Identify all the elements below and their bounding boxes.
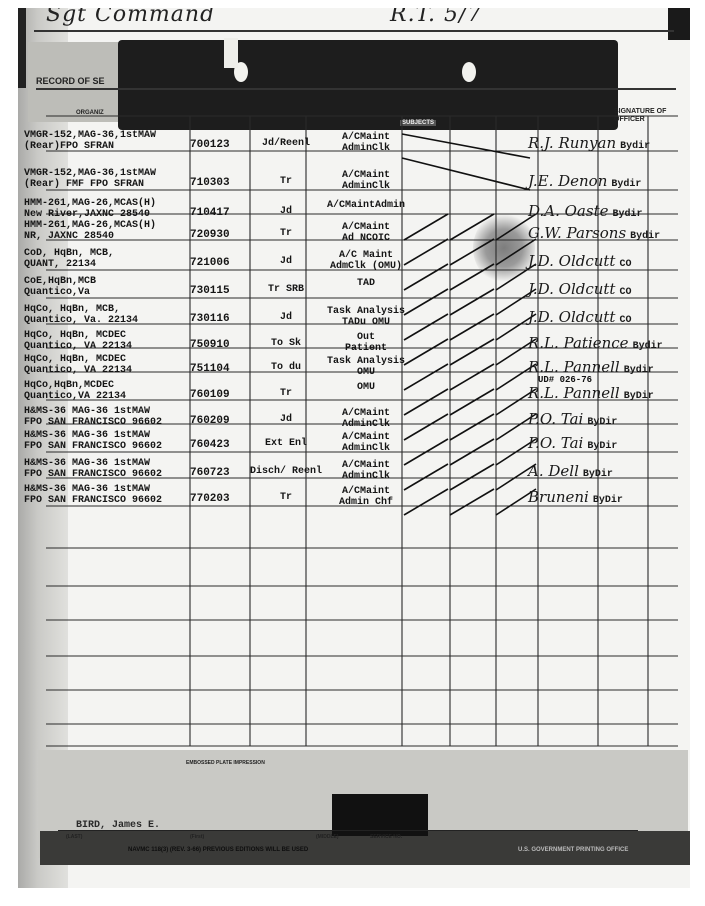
scan-corner-mark	[668, 8, 690, 40]
signature-authority: CO	[619, 287, 631, 298]
record-organization: H&MS-36 MAG-36 1stMAW FPO SAN FRANCISCO …	[24, 406, 194, 428]
signature-authority: Bydir	[624, 365, 654, 376]
signature-authority: ByDir	[587, 441, 617, 452]
record-organization: H&MS-36 MAG-36 1stMAW FPO SAN FRANCISCO …	[24, 484, 194, 506]
officer-signature: G.W. ParsonsBydir	[528, 224, 678, 242]
record-duty: Task Analysis OMU	[306, 356, 426, 378]
label-middle: (MIDDLE)	[316, 834, 339, 840]
torn-paper	[224, 38, 238, 68]
redaction-block-top	[118, 40, 618, 130]
signature-text: R.L. Patience	[528, 334, 629, 352]
signature-text: R.L. Pannell	[528, 384, 620, 402]
header-signature: SIGNATURE OF OFFICER	[614, 108, 666, 124]
label-service-no: SERVICE NO.	[370, 834, 402, 840]
record-organization: HMM-261,MAG-26,MCAS(H) New River,JAXNC 2…	[24, 198, 194, 220]
signature-authority: CO	[619, 315, 631, 326]
record-organization: VMGR-152,MAG-36,1stMAW (Rear) FMF FPO SF…	[24, 168, 194, 190]
label-last: (LAST)	[66, 834, 82, 840]
officer-signature: P.O. TaiByDir	[528, 434, 678, 452]
record-duty: Task Analysis TADu OMU	[306, 306, 426, 328]
record-duty: OMU	[306, 382, 426, 393]
handwritten-header-right: R.T. 5/7	[390, 8, 482, 27]
signature-text: P.O. Tai	[528, 410, 583, 428]
record-organization: H&MS-36 MAG-36 1stMAW FPO SAN FRANCISCO …	[24, 458, 194, 480]
signature-authority: CO	[619, 259, 631, 270]
signature-text: A. Dell	[528, 462, 579, 480]
scan-edge-mark	[18, 8, 26, 88]
signature-text: J.E. Denon	[528, 172, 607, 190]
record-duty: A/CMaint AdminClk	[306, 432, 426, 454]
officer-signature: BruneniByDir	[528, 488, 678, 506]
label-first: (First)	[190, 834, 204, 840]
signature-authority: Bydir	[630, 231, 660, 242]
fingerprint-smudge	[473, 213, 535, 283]
signature-text: G.W. Parsons	[528, 224, 626, 242]
record-duty: A/CMaint Ad NCOIC	[306, 222, 426, 244]
record-organization: HqCo, HqBn, MCDEC Quantico, VA 22134	[24, 354, 194, 376]
record-organization: HqCo,HqBn,MCDEC Quantico,VA 22134	[24, 380, 194, 402]
officer-signature: R.L. PannellByDir	[528, 384, 678, 402]
officer-signature: J.E. DenonBydir	[528, 172, 678, 190]
officer-signature: R.L. PatienceBydir	[528, 334, 678, 352]
signature-text: Bruneni	[528, 488, 589, 506]
record-duty: A/CMaint Admin Chf	[306, 486, 426, 508]
record-duty: A/CMaint AdminClk	[306, 170, 426, 192]
title-rule	[36, 88, 676, 90]
record-duty: A/CMaint AdminClk	[306, 132, 426, 154]
signature-text: R.J. Runyan	[528, 134, 616, 152]
form-caption: NAVMC 118(3) (REV. 3-66) PREVIOUS EDITIO…	[128, 847, 308, 853]
officer-signature: R.J. RunyanBydir	[528, 134, 678, 152]
signature-authority: Bydir	[633, 341, 663, 352]
record-duty: A/C Maint AdmClk (OMU)	[306, 250, 426, 272]
record-organization: VMGR-152,MAG-36,1stMAW (Rear)FPO SFRAN	[24, 130, 194, 152]
record-duty: A/CMaint AdminClk	[306, 408, 426, 430]
record-organization: HqCo, HqBn, MCB, Quantico, Va. 22134	[24, 304, 194, 326]
header-organization: ORGANIZ	[76, 110, 104, 116]
signature-text: J.D. Oldcutt	[528, 280, 615, 298]
record-organization: CoD, HqBn, MCB, QUANT, 22134	[24, 248, 194, 270]
punch-hole	[462, 62, 476, 82]
signature-text: P.O. Tai	[528, 434, 583, 452]
handwritten-header-left: Sgt Command	[46, 8, 215, 27]
service-record-page: Sgt Command R.T. 5/7 RECORD OF SE ORGANI…	[18, 8, 690, 888]
signature-authority: ByDir	[593, 495, 623, 506]
signature-text: J.D. Oldcutt	[528, 308, 615, 326]
name-rule	[58, 830, 638, 831]
record-organization: HqCo, HqBn, MCDEC Quantico, VA 22134	[24, 330, 194, 352]
record-duty: A/CMaint AdminClk	[306, 460, 426, 482]
record-duty: A/CMaintAdmin	[306, 200, 426, 211]
officer-signature: R.L. PannellBydir	[528, 358, 678, 376]
plate-label: EMBOSSED PLATE IMPRESSION	[186, 760, 265, 766]
signature-authority: ByDir	[624, 391, 654, 402]
signature-authority: Bydir	[611, 179, 641, 190]
signature-text: R.L. Pannell	[528, 358, 620, 376]
record-organization: CoE,HqBn,MCB Quantico,Va	[24, 276, 194, 298]
record-duty: Out Patient	[306, 332, 426, 354]
officer-signature: P.O. TaiByDir	[528, 410, 678, 428]
signature-text: J.D. Oldcutt	[528, 252, 615, 270]
header-subjects: SUBJECTS	[400, 120, 436, 126]
officer-signature: J.D. OldcuttCO	[528, 252, 678, 270]
officer-signature: J.D. OldcuttCO	[528, 280, 678, 298]
signature-text: D.A. Oaste	[528, 202, 608, 220]
signature-authority: Bydir	[620, 141, 650, 152]
officer-signature: A. DellByDir	[528, 462, 678, 480]
record-organization: HMM-261,MAG-26,MCAS(H) NR, JAXNC 28540	[24, 220, 194, 242]
form-title: RECORD OF SE	[36, 76, 105, 86]
officer-signature: D.A. OasteBydir	[528, 202, 678, 220]
form-caption-right: U.S. GOVERNMENT PRINTING OFFICE	[518, 847, 628, 853]
header-rule	[34, 30, 674, 32]
signature-authority: Bydir	[612, 209, 642, 220]
record-duty: TAD	[306, 278, 426, 289]
officer-signature: J.D. OldcuttCO	[528, 308, 678, 326]
signature-authority: ByDir	[587, 417, 617, 428]
unit-diary-note: UD# 026-76	[538, 375, 592, 385]
signature-authority: ByDir	[583, 469, 613, 480]
record-organization: H&MS-36 MAG-36 1stMAW FPO SAN FRANCISCO …	[24, 430, 194, 452]
